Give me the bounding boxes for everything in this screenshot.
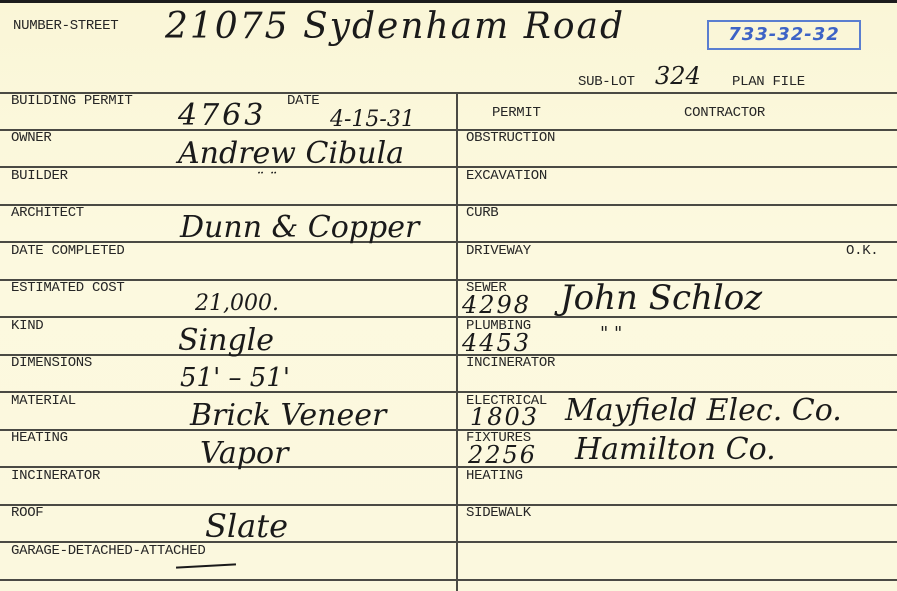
right-field-label: HEATING <box>466 469 523 483</box>
number-street-label: NUMBER-STREET <box>13 19 118 33</box>
left-field-value: Andrew Cibula <box>178 139 404 169</box>
row-rule <box>0 129 897 131</box>
right-field-contractor: John Schloz <box>560 281 762 315</box>
permit-column-header: PERMIT <box>492 106 541 120</box>
row-rule <box>0 166 897 168</box>
left-field-value: Dunn & Copper <box>180 213 419 243</box>
left-field-label: HEATING <box>11 431 68 445</box>
garage-attached-underline <box>176 563 236 568</box>
right-field-label: INCINERATOR <box>466 356 555 370</box>
row-rule <box>0 204 897 206</box>
left-field-label: BUILDER <box>11 169 68 183</box>
header-rule <box>0 92 897 94</box>
right-field-permit: 4453 <box>462 331 531 355</box>
contractor-column-header: CONTRACTOR <box>684 106 765 120</box>
right-field-permit: 4298 <box>462 293 531 317</box>
number-street-value: 21075 Sydenham Road <box>165 9 625 45</box>
right-field-permit: 1803 <box>470 405 539 429</box>
plan-file-label: PLAN FILE <box>732 75 805 89</box>
driveway-ok-note: O.K. <box>846 244 878 258</box>
right-field-contractor: Mayfield Elec. Co. <box>565 396 842 426</box>
right-field-label: OBSTRUCTION <box>466 131 555 145</box>
left-field-value: Vapor <box>200 439 288 469</box>
row-rule <box>0 316 897 318</box>
row-rule <box>0 429 897 431</box>
sub-lot-value: 324 <box>655 64 701 88</box>
left-field-value: 51' – 51' <box>180 365 290 391</box>
left-field-value: Single <box>178 326 274 356</box>
right-field-permit: 2256 <box>468 443 537 467</box>
right-field-label: EXCAVATION <box>466 169 547 183</box>
stamp-number: 733-32-32 <box>707 20 861 50</box>
date-label: DATE <box>287 94 319 108</box>
row-rule <box>0 579 897 581</box>
left-field-value: ¨ ¨ <box>255 171 276 187</box>
sub-lot-label: SUB-LOT <box>578 75 635 89</box>
row-rule <box>0 354 897 356</box>
right-field-contractor: Hamilton Co. <box>575 435 776 465</box>
building-permit-label: BUILDING PERMIT <box>11 94 133 108</box>
left-field-value: Slate <box>205 510 288 542</box>
left-field-label: OWNER <box>11 131 52 145</box>
right-field-label: DRIVEWAY <box>466 244 531 258</box>
right-field-label: CURB <box>466 206 498 220</box>
left-field-label: DIMENSIONS <box>11 356 92 370</box>
left-field-value: 21,000. <box>195 293 279 315</box>
left-field-value: Brick Veneer <box>190 401 386 431</box>
permit-card: NUMBER-STREET 21075 Sydenham Road 733-32… <box>0 0 897 591</box>
row-rule <box>0 241 897 243</box>
left-field-label: KIND <box>11 319 43 333</box>
left-field-label: ROOF <box>11 506 43 520</box>
left-field-label: INCINERATOR <box>11 469 100 483</box>
row-rule <box>0 504 897 506</box>
left-field-label: MATERIAL <box>11 394 76 408</box>
row-rule <box>0 279 897 281</box>
left-field-label: ARCHITECT <box>11 206 84 220</box>
date-value: 4-15-31 <box>330 109 415 131</box>
building-permit-value: 4763 <box>178 101 266 131</box>
left-field-label: GARAGE-DETACHED-ATTACHED <box>11 544 205 558</box>
left-field-label: ESTIMATED COST <box>11 281 124 295</box>
right-field-label: SIDEWALK <box>466 506 531 520</box>
left-field-label: DATE COMPLETED <box>11 244 124 258</box>
right-field-contractor: " " <box>600 325 622 343</box>
